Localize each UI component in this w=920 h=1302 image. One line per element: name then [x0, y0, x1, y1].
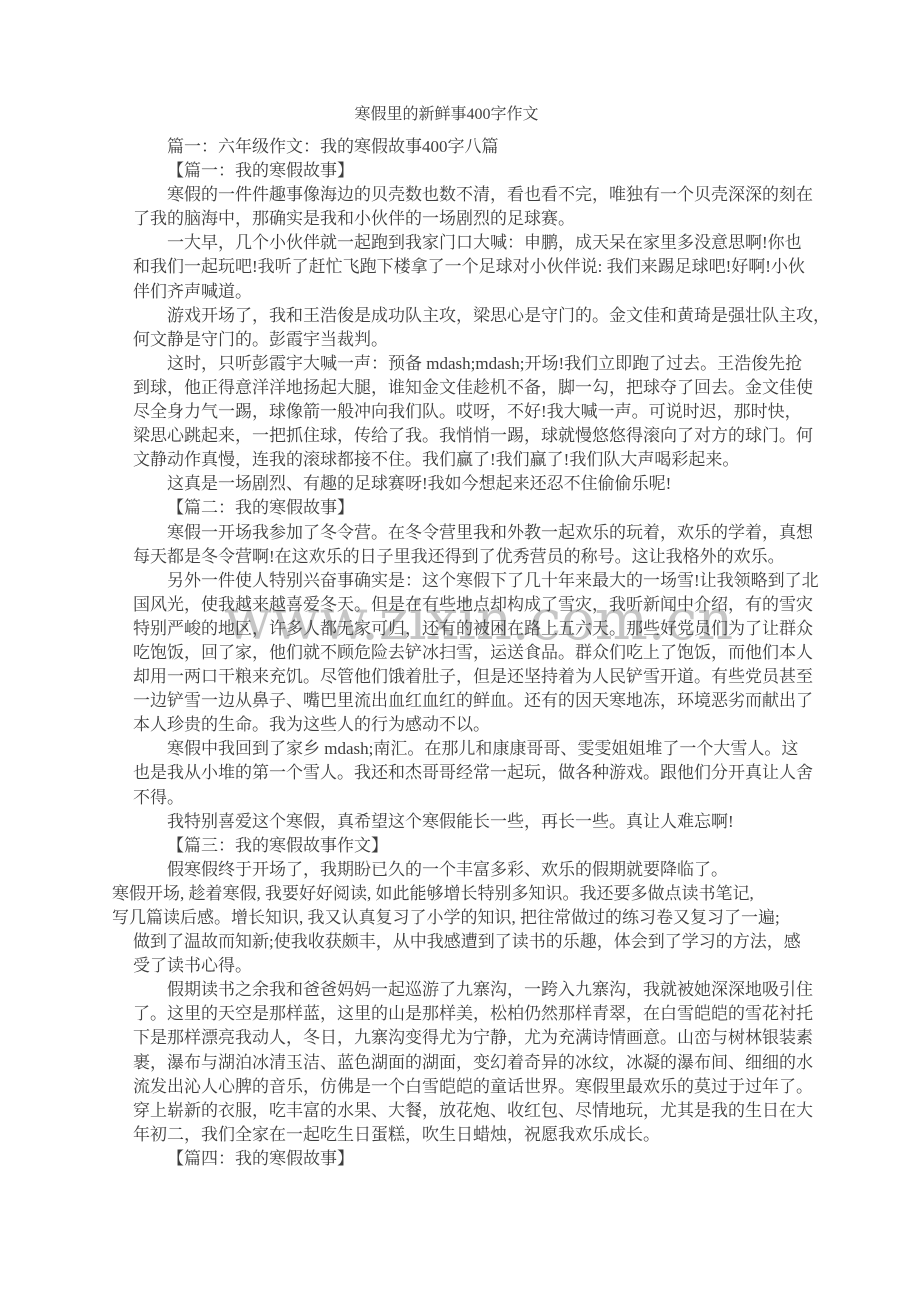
text-line: 【篇四：我的寒假故事】	[133, 1147, 815, 1171]
text-line: 年初二，我们全家在一起吃生日蛋糕，吹生日蜡烛，祝愿我欢乐成长。	[133, 1123, 815, 1147]
text-line: 假寒假终于开场了，我期盼已久的一个丰富多彩、欢乐的假期就要降临了。	[133, 858, 815, 882]
text-line: 梁思心跳起来，一把抓住球，传给了我。我悄悄一踢，球就慢悠悠得滚向了对方的球门。何	[133, 424, 815, 448]
document-page: www.zixin.com.cn 寒假里的新鲜事400字作文 篇一：六年级作文：…	[0, 0, 920, 1302]
text-line: 流发出沁人心脾的音乐，仿佛是一个白雪皑皑的童话世界。寒假里最欢乐的莫过于过年了。	[133, 1075, 815, 1099]
text-line: 一边铲雪一边从鼻子、嘴巴里流出血红血红的鲜血。还有的因天寒地冻，环境恶劣而献出了	[133, 689, 815, 713]
text-line: 文静动作真慢，连我的滚球都接不住。我们赢了!我们赢了!我们队大声喝彩起来。	[133, 448, 815, 472]
text-line: 这真是一场剧烈、有趣的足球赛呀!我如今想起来还忍不住偷偷乐呢!	[133, 472, 815, 496]
text-line: 寒假一开场我参加了冬令营。在冬令营里我和外教一起欢乐的玩着，欢乐的学着，真想	[133, 521, 815, 545]
text-line: 国风光，使我越来越喜爱冬天。但是在有些地点却构成了雪灾，我听新闻中介绍，有的雪灾	[133, 593, 815, 617]
text-line: 寒假开场, 趁着寒假, 我要好好阅读, 如此能够增长特别多知识。我还要多做点读书…	[112, 882, 815, 906]
text-line: 到球，他正得意洋洋地扬起大腿，谁知金文佳趁机不备，脚一勾，把球夺了回去。金文佳使	[133, 376, 815, 400]
text-line: 我特别喜爱这个寒假，真希望这个寒假能长一些，再长一些。真让人难忘啊!	[133, 810, 815, 834]
text-line: 做到了温故而知新;使我收获颇丰，从中我感遭到了读书的乐趣，体会到了学习的方法，感	[133, 930, 815, 954]
text-line: 一大早，几个小伙伴就一起跑到我家门口大喊：申鹏，成天呆在家里多没意思啊!你也	[133, 231, 815, 255]
text-line: 却用一两口干粮来充饥。尽管他们饿着肚子，但是还坚持着为人民铲雪开道。有些党员甚至	[133, 665, 815, 689]
text-line: 本人珍贵的生命。我为这些人的行为感动不以。	[133, 713, 815, 737]
text-line: 也是我从小堆的第一个雪人。我还和杰哥哥经常一起玩，做各种游戏。跟他们分开真让人舍	[133, 761, 815, 785]
text-line: 【篇三：我的寒假故事作文】	[133, 834, 815, 858]
text-line: 特别严峻的地区，许多人都无家可归，还有的被困在路上五六天。那些好党员们为了让群众	[133, 617, 815, 641]
text-line: 寒假中我回到了家乡 mdash;南汇。在那儿和康康哥哥、雯雯姐姐堆了一个大雪人。…	[133, 737, 815, 761]
document-body: 篇一：六年级作文：我的寒假故事400字八篇【篇一：我的寒假故事】寒假的一件件趣事…	[133, 135, 815, 1171]
text-line: 这时，只听彭霞宇大喊一声：预备 mdash;mdash;开场!我们立即跑了过去。…	[133, 352, 815, 376]
text-line: 了。这里的天空是那样蓝，这里的山是那样美，松柏仍然那样青翠，在白雪皑皑的雪花衬托	[133, 1002, 815, 1026]
text-line: 受了读书心得。	[133, 954, 815, 978]
text-line: 每天都是冬令营啊!在这欢乐的日子里我还得到了优秀营员的称号。这让我格外的欢乐。	[133, 545, 815, 569]
text-line: 【篇一：我的寒假故事】	[133, 159, 815, 183]
text-line: 假期读书之余我和爸爸妈妈一起巡游了九寨沟，一跨入九寨沟，我就被她深深地吸引住	[133, 978, 815, 1002]
text-line: 篇一：六年级作文：我的寒假故事400字八篇	[133, 135, 815, 159]
text-line: 和我们一起玩吧!我听了赶忙飞跑下楼拿了一个足球对小伙伴说: 我们来踢足球吧!好啊…	[133, 255, 815, 279]
text-line: 游戏开场了，我和王浩俊是成功队主攻，梁思心是守门的。金文佳和黄琦是强壮队主攻，	[133, 304, 815, 328]
text-line: 裹，瀑布与湖泊冰清玉洁、蓝色湖面的湖面，变幻着奇异的冰纹，冰凝的瀑布间、细细的水	[133, 1051, 815, 1075]
text-line: 何文静是守门的。彭霞宇当裁判。	[133, 328, 815, 352]
text-line: 吃饱饭，回了家，他们就不顾危险去铲冰扫雪，运送食品。群众们吃上了饱饭，而他们本人	[133, 641, 815, 665]
text-line: 穿上崭新的衣服，吃丰富的水果、大餐，放花炮、收红包、尽情地玩，尤其是我的生日在大	[133, 1099, 815, 1123]
text-line: 【篇二：我的寒假故事】	[133, 496, 815, 520]
text-line: 不得。	[133, 786, 815, 810]
text-line: 下是那样漂亮我动人，冬日，九寨沟变得尤为宁静，尤为充满诗情画意。山峦与树林银装素	[133, 1026, 815, 1050]
text-line: 写几篇读后感。增长知识, 我又认真复习了小学的知识, 把往常做过的练习卷又复习了…	[112, 906, 815, 930]
text-line: 了我的脑海中，那确实是我和小伙伴的一场剧烈的足球赛。	[133, 207, 815, 231]
text-line: 伴们齐声喊道。	[133, 280, 815, 304]
document-title: 寒假里的新鲜事400字作文	[133, 103, 815, 127]
document-content: 寒假里的新鲜事400字作文 篇一：六年级作文：我的寒假故事400字八篇【篇一：我…	[133, 103, 815, 1171]
text-line: 寒假的一件件趣事像海边的贝壳数也数不清，看也看不完，唯独有一个贝壳深深的刻在	[133, 183, 815, 207]
text-line: 另外一件使人特别兴奋事确实是：这个寒假下了几十年来最大的一场雪!让我领略到了北	[133, 569, 815, 593]
text-line: 尽全身力气一踢，球像箭一般冲向我们队。哎呀，不好!我大喊一声。可说时迟，那时快，	[133, 400, 815, 424]
